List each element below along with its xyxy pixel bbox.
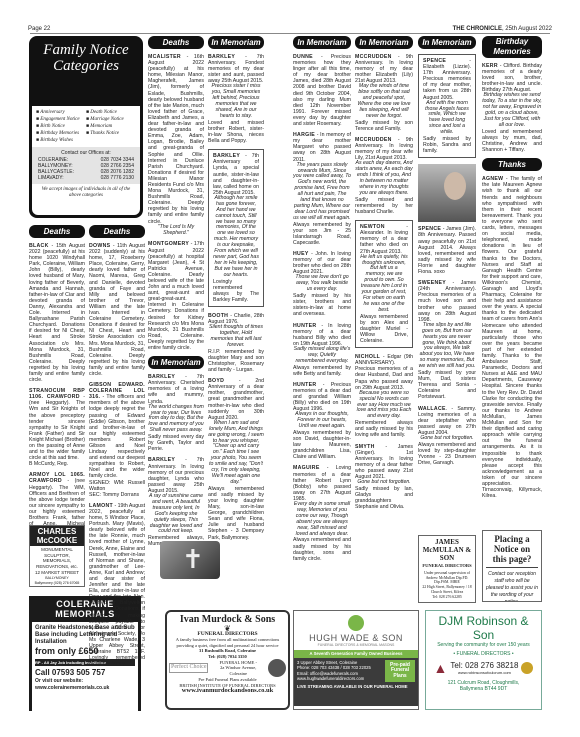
- section-header-thanks: Thanks: [482, 158, 542, 171]
- category-item: Memoriam: [86, 123, 136, 130]
- notice-downs: DOWNS - 11th August 2022 (suddenly) at h…: [89, 243, 145, 377]
- ad-charles-mccooke: CHARLESMcCOOKE MONUMENTAL SCULPTOR, MEMO…: [29, 525, 85, 587]
- column-7: In Memoriam SPENCE - Elizabeth (Lizzie).…: [418, 36, 476, 471]
- section-header-memoriam: In Memoriam: [208, 36, 264, 49]
- notice-booth: BOOTH - Charlie, 28th August 1976.Silent…: [208, 313, 264, 373]
- notice-maguire: MAGUIRE - Loving memories of a dear fath…: [293, 465, 351, 561]
- notice-huey: HUEY - John. In loving memory of our dea…: [293, 251, 351, 317]
- notice-spence: SPENCE - James (Jim). 8th Anniversary. P…: [418, 226, 476, 275]
- office-contacts: Contact our Offices at: COLERAINE:028 70…: [32, 147, 140, 184]
- notice-kerr: KERR - Clifford. Birthday memories of a …: [482, 63, 542, 153]
- section-header-memoriam: In Memoriam: [355, 36, 413, 49]
- notice-montgomery: MONTGOMERY - 17th August 2022 (peacefull…: [148, 241, 204, 351]
- notice-newton-boxed: NEWTON - Alexander. In loving memory of …: [355, 220, 413, 348]
- notice-wallace: WALLACE. - Sammy. Loving memories of a d…: [418, 406, 476, 467]
- category-item: Birth Notice: [36, 123, 86, 130]
- notice-gibson: GIBSON EDWARD. COLERAINE LOL 316. - The …: [89, 382, 145, 498]
- notice-barkley-boxed: BARKLEY - 7th Anniversary of Lynda, a sp…: [208, 149, 264, 307]
- ad-djm-robinson: DJM Robinson & Son Serving the community…: [425, 610, 542, 710]
- notice-nicholl: NICHOLL - Edgar (9th ANNIVERSARY). Preci…: [355, 354, 413, 438]
- djm-website-link[interactable]: www.robinsonsofculcrum.com: [450, 670, 518, 675]
- ad-hugh-wade: HUGH WADE & SON FUNERAL DIRECTORS & MEMO…: [293, 610, 419, 710]
- section-header-memoriam: In Memoriam: [148, 356, 204, 369]
- notice-barkley: BARKLEY - 7th Anniversary. In loving mem…: [148, 457, 204, 547]
- hugh-wade-logo-icon: [348, 615, 364, 631]
- category-item: Birthday Memories: [36, 130, 86, 137]
- notice-dunne: DUNNE - Precious memories how they linge…: [293, 54, 351, 127]
- column-6: In Memoriam MCCRUDDEN - 9th Anniversary.…: [355, 36, 413, 515]
- notice-boyd: BOYD - 2nd Anniversary of a dear mother,…: [208, 378, 264, 540]
- column-5: In Memoriam DUNNE - Precious memories ho…: [293, 36, 351, 567]
- notice-mcalister: MCALISTER - 16th August 2022 (peacefully…: [148, 54, 204, 236]
- category-list: Anniversary Death Notice Engagement Noti…: [36, 109, 136, 144]
- section-header-deaths: Deaths: [29, 225, 85, 238]
- notice-hargie: HARGIE - In memory of my dear mother Mar…: [293, 132, 351, 246]
- notice-lamont: LAMONT - 19th August 2022, peacefully at…: [89, 503, 145, 668]
- category-item: Marriage Notice: [86, 116, 136, 123]
- category-item: Death Notice: [86, 109, 136, 116]
- biifd-logo-icon: [268, 659, 286, 677]
- notice-mccrudden: MCCRUDDEN - 9th Anniversary. In loving m…: [355, 137, 413, 215]
- section-header-birthday: Birthday Memories: [482, 36, 542, 58]
- masthead: THE CHRONICLE, 25th August 2022: [453, 26, 552, 32]
- murdock-website-link[interactable]: www.ivanmurdockandsons.co.uk: [169, 688, 286, 694]
- section-header-memoriam: In Memoriam: [418, 36, 476, 49]
- page-header: Page 22 THE CHRONICLE, 25th August 2022: [28, 22, 552, 32]
- category-item: Engagement Notice: [36, 116, 86, 123]
- column-8: Birthday Memories KERR - Clifford. Birth…: [482, 36, 542, 504]
- category-item: Anniversary: [36, 109, 86, 116]
- column-2: Deaths DOWNS - 11th August 2022 (suddenl…: [89, 225, 145, 672]
- categories-title: Family NoticeCategories: [29, 36, 143, 74]
- notice-hunter: HUNTER - Precious memories of a dear dad…: [293, 382, 351, 461]
- ad-james-mcmullan: JAMES McMULLAN & SON FUNERAL DIRECTORS U…: [418, 535, 476, 603]
- notice-stranocum: STRANOCUM RBP 1106. CRAWFORD - (nee Hegg…: [29, 388, 85, 467]
- category-item: Birthday Wishes: [36, 137, 86, 144]
- column-4: In Memoriam BARKLEY - 7th Anniversary. F…: [208, 36, 264, 546]
- header-rule: [30, 33, 550, 34]
- notice-sweeney: SWEENEY - James (24th Anniversary). Prec…: [418, 280, 476, 400]
- notice-mccrudden: MCCRUDDEN - 9th Anniversary. In loving m…: [355, 54, 413, 132]
- nafd-logo-icon: [521, 662, 533, 674]
- notice-black: BLACK - 15th August 2022 (peacefully) at…: [29, 243, 85, 383]
- section-header-memoriam: In Memoriam: [293, 36, 351, 49]
- notice-barkley: BARKLEY - 7th Anniversary. Fondest memor…: [208, 54, 264, 144]
- placing-notice-box: Placing a Notice on this page? Contact o…: [482, 530, 542, 602]
- notice-hunter: HUNTER - In loving memory of a dear husb…: [293, 323, 351, 377]
- bible-icon: [160, 541, 220, 579]
- notice-spence-boxed: SPENCE - Elizabeth (Lizzie). 17th Annive…: [418, 54, 476, 158]
- notice-agnew: AGNEW - The family of the late Maureen A…: [482, 176, 542, 499]
- coleraine-website-link[interactable]: www.colerainememorials.co.uk: [35, 685, 135, 692]
- column-3: Deaths MCALISTER - 16th August 2022 (pea…: [148, 36, 204, 553]
- ad-ivan-murdock: Ivan Murdock & Sons ❦ FUNERAL DIRECTORS …: [165, 610, 290, 710]
- masonic-triangle-icon: ▲: [434, 660, 448, 676]
- page-number: Page 22: [28, 26, 50, 32]
- section-header-deaths: Deaths: [89, 225, 145, 238]
- column-1: Deaths BLACK - 15th August 2022 (peacefu…: [29, 225, 85, 557]
- notice-barkley: BARKLEY - 7th Anniversary. Cherished mem…: [148, 374, 204, 452]
- category-item: Thanks Notice: [86, 130, 136, 137]
- portrait-photo: [418, 164, 476, 222]
- accept-images-note: We accept images of individuals in all o…: [36, 187, 136, 199]
- notice-smyth: SMYTH - James (Ginger). 1st Anniversary.…: [355, 444, 413, 511]
- family-notice-categories: Family NoticeCategories Anniversary Deat…: [29, 36, 143, 218]
- section-header-deaths: Deaths: [148, 36, 204, 49]
